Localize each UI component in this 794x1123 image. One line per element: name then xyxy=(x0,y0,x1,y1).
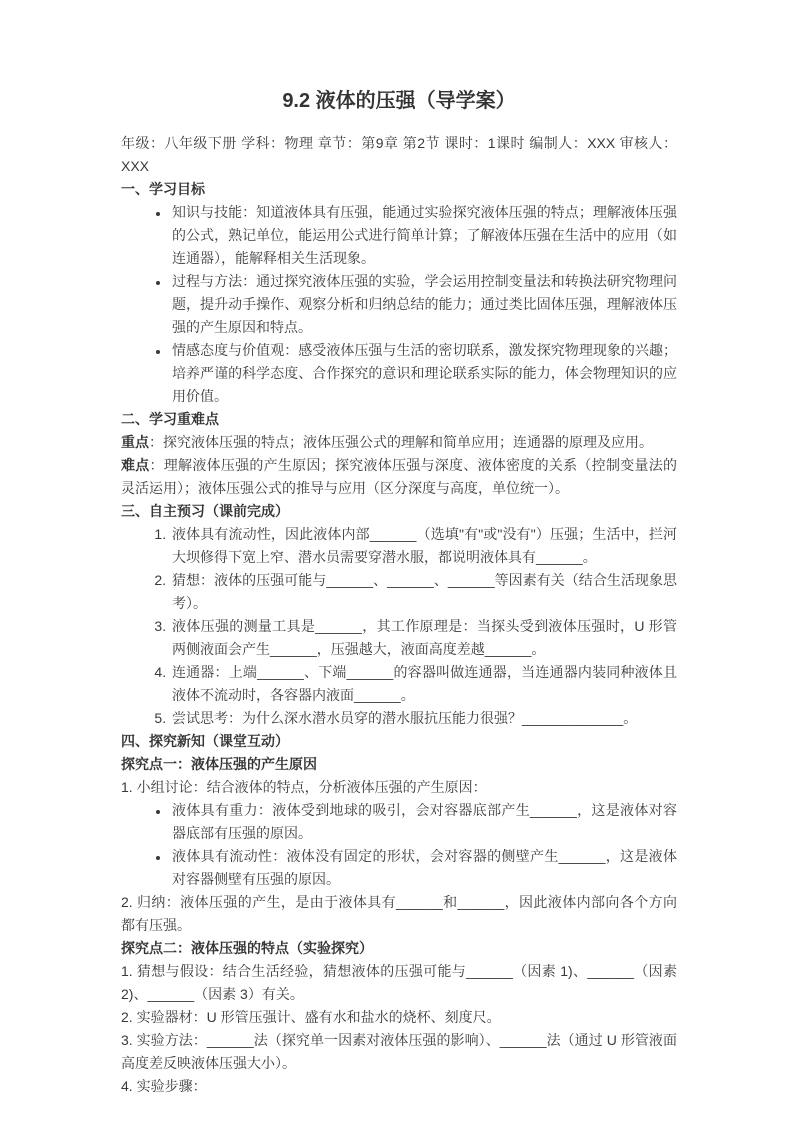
heading-explore-point1: 探究点一：液体压强的产生原因 xyxy=(121,753,677,776)
goal-item: 知识与技能：知道液体具有压强，能通过实验探究液体压强的特点；理解液体压强的公式，… xyxy=(170,201,677,270)
heading-preview: 三、自主预习（课前完成） xyxy=(121,500,677,523)
point1-bullet: 液体具有重力：液体受到地球的吸引，会对容器底部产生______，这是液体对容器底… xyxy=(170,799,677,845)
point2-item: 1. 猜想与假设：结合生活经验，猜想液体的压强可能与______（因素 1)、_… xyxy=(121,960,677,1006)
doc-meta: 年级：八年级下册 学科：物理 章节：第9章 第2节 课时：1课时 编制人：XXX… xyxy=(121,132,677,178)
page-title: 9.2 液体的压强（导学案） xyxy=(121,86,677,116)
heading-explore-point2: 探究点二：液体压强的特点（实验探究） xyxy=(121,937,677,960)
goal-item: 情感态度与价值观：感受液体压强与生活的密切联系，激发探究物理现象的兴趣；培养严谨… xyxy=(170,339,677,408)
goal-item: 过程与方法：通过探究液体压强的实验，学会运用控制变量法和转换法研究物理问题，提升… xyxy=(170,270,677,339)
key-point-focus: 重点：探究液体压强的特点；液体压强公式的理解和简单应用；连通器的原理及应用。 xyxy=(121,431,677,454)
heading-explore: 四、探究新知（课堂互动） xyxy=(121,730,677,753)
preview-item: 尝试思考：为什么深水潜水员穿的潜水服抗压能力很强？_____________。 xyxy=(170,707,677,730)
point2-item: 3. 实验方法：______法（探究单一因素对液体压强的影响）、______法（… xyxy=(121,1029,677,1075)
difficulty-label: 难点 xyxy=(121,457,150,473)
key-point-difficulty: 难点：理解液体压强的产生原因；探究液体压强与深度、液体密度的关系（控制变量法的灵… xyxy=(121,454,677,500)
worksheet-page: 9.2 液体的压强（导学案） 年级：八年级下册 学科：物理 章节：第9章 第2节… xyxy=(0,0,794,1123)
point1-list: 液体具有重力：液体受到地球的吸引，会对容器底部产生______，这是液体对容器底… xyxy=(121,799,677,891)
preview-item: 液体具有流动性，因此液体内部______（选填"有"或"没有"）压强；生活中，拦… xyxy=(170,523,677,569)
focus-text: ：探究液体压强的特点；液体压强公式的理解和简单应用；连通器的原理及应用。 xyxy=(149,434,653,450)
preview-item: 连通器：上端______、下端______的容器叫做连通器，当连通器内装同种液体… xyxy=(170,661,677,707)
preview-item: 猜想：液体的压强可能与______、______、______等因素有关（结合生… xyxy=(170,569,677,615)
point1-intro: 1. 小组讨论：结合液体的特点，分析液体压强的产生原因： xyxy=(121,776,677,799)
difficulty-text: ：理解液体压强的产生原因；探究液体压强与深度、液体密度的关系（控制变量法的灵活运… xyxy=(121,457,677,496)
point2-item: 2. 实验器材：U 形管压强计、盛有水和盐水的烧杯、刻度尺。 xyxy=(121,1006,677,1029)
preview-list: 液体具有流动性，因此液体内部______（选填"有"或"没有"）压强；生活中，拦… xyxy=(121,523,677,730)
preview-item: 液体压强的测量工具是______，其工作原理是：当探头受到液体压强时，U 形管两… xyxy=(170,615,677,661)
point1-bullet: 液体具有流动性：液体没有固定的形状，会对容器的侧壁产生______，这是液体对容… xyxy=(170,845,677,891)
heading-goals: 一、学习目标 xyxy=(121,178,677,201)
heading-key-points: 二、学习重难点 xyxy=(121,408,677,431)
focus-label: 重点 xyxy=(121,434,149,450)
point1-summary: 2. 归纳：液体压强的产生，是由于液体具有______和______，因此液体内… xyxy=(121,891,677,937)
goals-list: 知识与技能：知道液体具有压强，能通过实验探究液体压强的特点；理解液体压强的公式，… xyxy=(121,201,677,408)
point2-item: 4. 实验步骤： xyxy=(121,1075,677,1098)
